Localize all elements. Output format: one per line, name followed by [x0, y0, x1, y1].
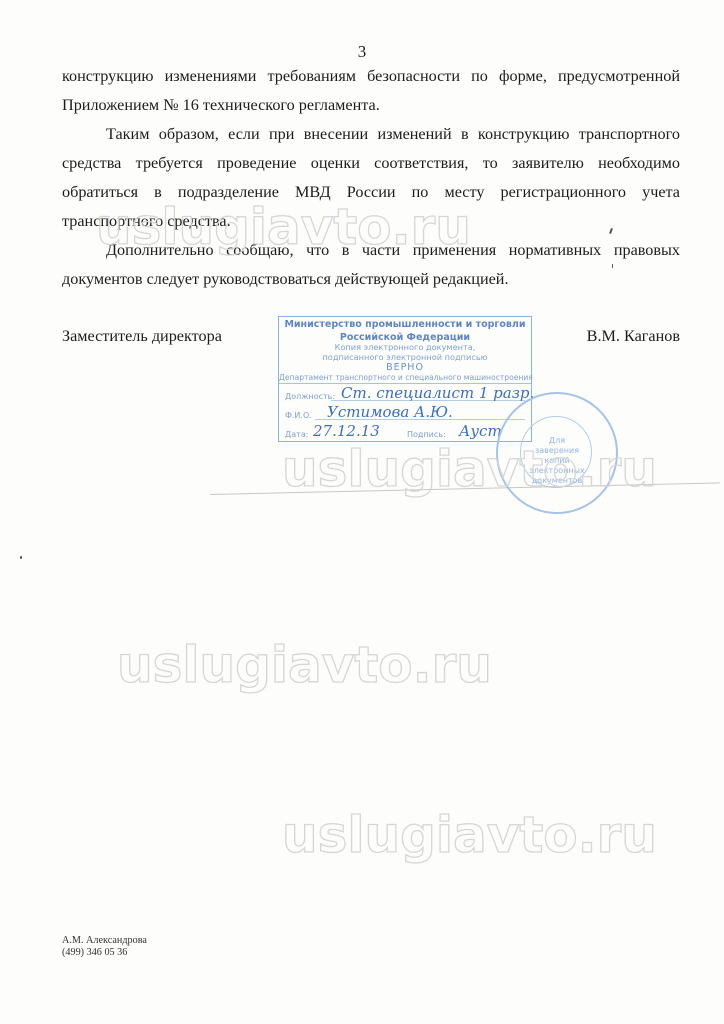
- text-line: Дополнительно сообщаю, что в части приме…: [62, 236, 680, 265]
- seal-text-line: Для: [498, 436, 616, 446]
- text-line: средства требуется проведение оценки соо…: [62, 149, 680, 178]
- text-line: обратиться в подразделение МВД России по…: [62, 178, 680, 207]
- paragraph-2: Таким образом, если при внесении изменен…: [62, 120, 680, 236]
- scan-artifact-line: [210, 482, 720, 495]
- paragraph-3: Дополнительно сообщаю, что в части приме…: [62, 236, 680, 294]
- seal-text-line: заверения: [498, 446, 616, 456]
- executor-name: А.М. Александрова: [62, 935, 147, 947]
- position-handwritten: Ст. специалист 1 разр.: [341, 384, 534, 402]
- text-line: транспортного средства.: [62, 207, 680, 236]
- date-handwritten: 27.12.13: [313, 422, 380, 440]
- page-number: 3: [0, 42, 724, 62]
- stamp-verno: ВЕРНО: [279, 362, 531, 373]
- executor-footer: А.М. Александрова (499) 346 05 36: [62, 935, 147, 959]
- date-label: Дата:: [285, 430, 308, 439]
- paragraph-1: конструкцию изменениями требованиям безо…: [62, 62, 680, 120]
- certification-stamp: Министерство промышленности и торговли Р…: [278, 316, 532, 442]
- scan-speck: [20, 556, 22, 559]
- fio-label: Ф.И.О.: [285, 411, 312, 420]
- signatory-name: В.М. Каганов: [587, 327, 680, 346]
- stamp-department: Департамент транспортного и специального…: [279, 373, 531, 384]
- stamp-fio-row: Ф.И.О. Устимова А.Ю.: [279, 403, 531, 422]
- watermark-text: uslugiavto.ru: [117, 636, 492, 694]
- text-line: конструкцию изменениями требованиям безо…: [62, 62, 680, 91]
- seal-text-line: копий: [498, 456, 616, 466]
- seal-center-text: Для заверения копий электронных документ…: [498, 436, 616, 486]
- round-seal: Для заверения копий электронных документ…: [496, 392, 618, 514]
- watermark-text: uslugiavto.ru: [282, 806, 657, 864]
- signatory-title: Заместитель директора: [62, 327, 222, 346]
- stamp-position-row: Должность: Ст. специалист 1 разр.: [279, 384, 531, 403]
- stamp-sub-2: подписанного электронной подписью: [279, 353, 531, 363]
- stamp-header: Министерство промышленности и торговли: [279, 319, 531, 330]
- signature-label: Подпись:: [407, 430, 446, 439]
- seal-text-line: электронных: [498, 466, 616, 476]
- fio-handwritten: Устимова А.Ю.: [327, 403, 453, 421]
- signature-handwritten: Ауст: [459, 422, 502, 440]
- text-line: Приложением № 16 технического регламента…: [62, 91, 680, 120]
- stamp-date-row: Дата: 27.12.13 Подпись: Ауст: [279, 422, 531, 441]
- position-label: Должность:: [285, 392, 335, 401]
- text-line: Таким образом, если при внесении изменен…: [62, 120, 680, 149]
- text-line: документов следует руководствоваться дей…: [62, 265, 680, 294]
- executor-phone: (499) 346 05 36: [62, 947, 147, 959]
- scan-speck: [612, 264, 613, 268]
